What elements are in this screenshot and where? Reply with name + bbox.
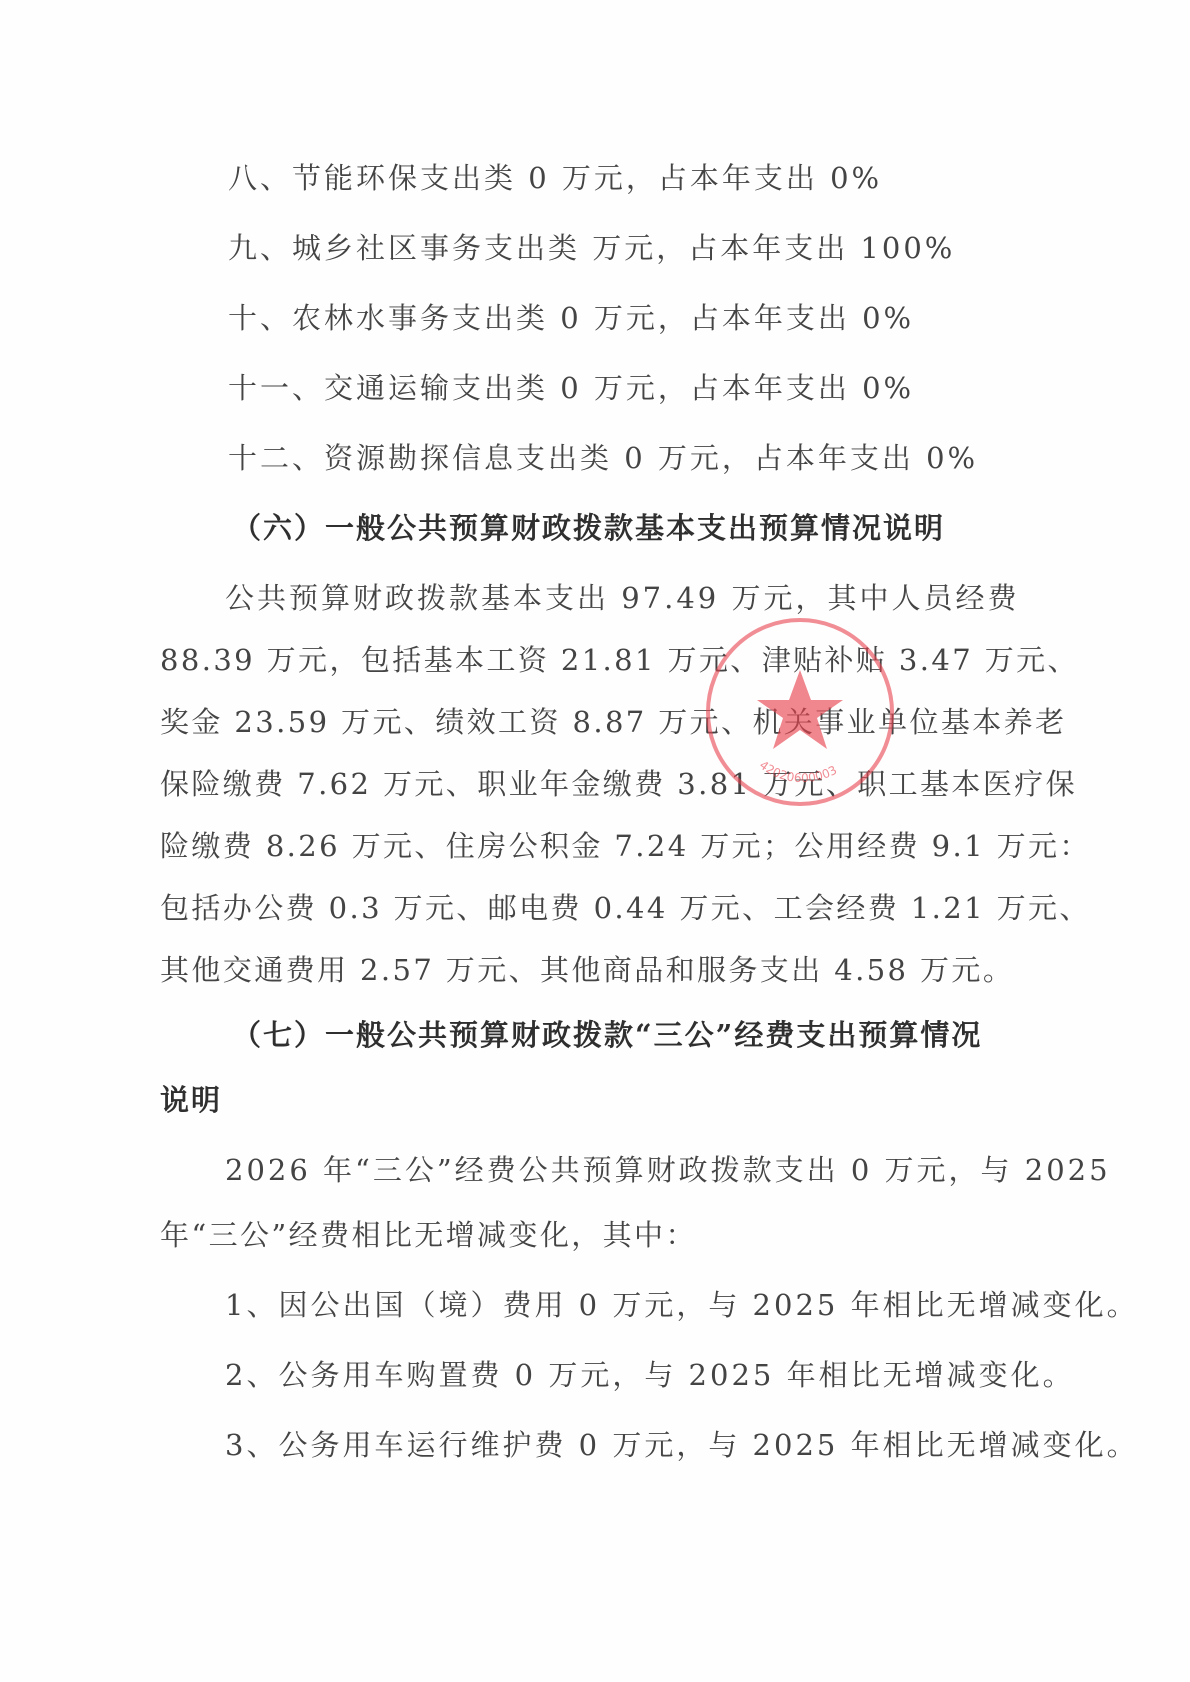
document-page: 八、节能环保支出类 0 万元，占本年支出 0% 九、城乡社区事务支出类 万元，占… [0, 0, 1190, 1682]
section-7-heading-cont: 说明 [160, 1080, 222, 1120]
section-6-paragraph-line: 公共预算财政拨款基本支出 97.49 万元，其中人员经费 [225, 578, 1019, 618]
section-7-paragraph-line: 2026 年“三公”经费公共预算财政拨款支出 0 万元，与 2025 [225, 1150, 1111, 1190]
expenditure-item-agriculture: 十、农林水事务支出类 0 万元，占本年支出 0% [228, 298, 914, 338]
section-6-heading: （六）一般公共预算财政拨款基本支出预算情况说明 [232, 508, 945, 548]
expenditure-item-transport: 十一、交通运输支出类 0 万元，占本年支出 0% [228, 368, 914, 408]
section-6-paragraph-line: 保险缴费 7.62 万元、职业年金缴费 3.81 万元、职工基本医疗保 [160, 764, 1077, 804]
sangong-item-vehicle-purchase: 2、公务用车购置费 0 万元，与 2025 年相比无增减变化。 [225, 1355, 1075, 1395]
section-7-paragraph-line: 年“三公”经费相比无增减变化，其中： [160, 1215, 697, 1255]
sangong-item-vehicle-maintenance: 3、公务用车运行维护费 0 万元，与 2025 年相比无增减变化。 [225, 1425, 1139, 1465]
section-6-paragraph-line: 包括办公费 0.3 万元、邮电费 0.44 万元、工会经费 1.21 万元、 [160, 888, 1091, 928]
section-6-paragraph-line: 险缴费 8.26 万元、住房公积金 7.24 万元；公用经费 9.1 万元： [160, 826, 1091, 866]
expenditure-item-urban-community: 九、城乡社区事务支出类 万元，占本年支出 100% [228, 228, 955, 268]
section-7-heading: （七）一般公共预算财政拨款“三公”经费支出预算情况 [232, 1015, 982, 1055]
expenditure-item-resources: 十二、资源勘探信息支出类 0 万元，占本年支出 0% [228, 438, 978, 478]
section-6-paragraph-line: 其他交通费用 2.57 万元、其他商品和服务支出 4.58 万元。 [160, 950, 1014, 990]
section-6-paragraph-line: 88.39 万元，包括基本工资 21.81 万元、津贴补贴 3.47 万元、 [160, 640, 1079, 680]
sangong-item-overseas: 1、因公出国（境）费用 0 万元，与 2025 年相比无增减变化。 [225, 1285, 1139, 1325]
expenditure-item-energy: 八、节能环保支出类 0 万元，占本年支出 0% [228, 158, 882, 198]
section-6-paragraph-line: 奖金 23.59 万元、绩效工资 8.87 万元、机关事业单位基本养老 [160, 702, 1066, 742]
